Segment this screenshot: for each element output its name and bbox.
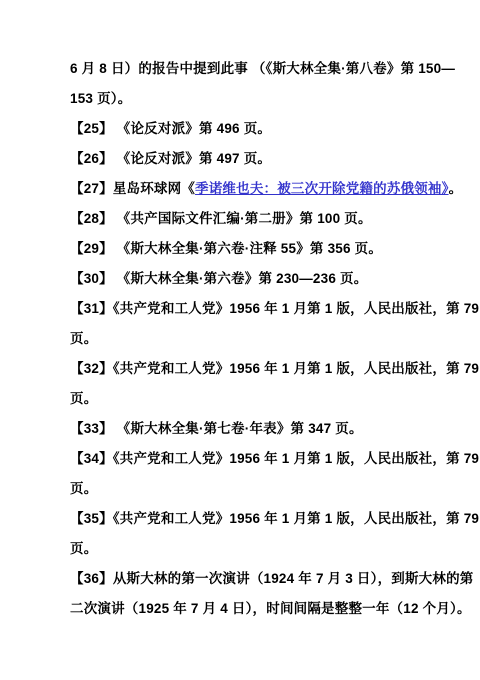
reference-27-prefix: 【27】星岛环球网《 [70,181,195,196]
paragraph-continuation: 6 月 8 日）的报告中提到此事 （《斯大林全集·第八卷》第 150— 153 … [70,54,416,114]
reference-31: 【31】《共产党和工人党》1956 年 1 月第 1 版，人民出版社，第 79 … [70,294,416,354]
document-page: 6 月 8 日）的报告中提到此事 （《斯大林全集·第八卷》第 150— 153 … [0,0,480,680]
reference-26: 【26】 《论反对派》第 497 页。 [70,144,416,174]
reference-29: 【29】 《斯大林全集·第六卷·注释 55》第 356 页。 [70,234,416,264]
reference-28: 【28】 《共产国际文件汇编·第二册》第 100 页。 [70,204,416,234]
reference-32: 【32】《共产党和工人党》1956 年 1 月第 1 版，人民出版社，第 79 … [70,354,416,414]
reference-25: 【25】 《论反对派》第 496 页。 [70,114,416,144]
reference-34: 【34】《共产党和工人党》1956 年 1 月第 1 版，人民出版社，第 79 … [70,444,416,504]
reference-36: 【36】从斯大林的第一次演讲（1924 年 7 月 3 日），到斯大林的第 二次… [70,564,416,624]
reference-27-hyperlink[interactable]: 季诺维也夫：被三次开除党籍的苏俄领袖》 [195,181,449,196]
reference-30: 【30】 《斯大林全集·第六卷》第 230—236 页。 [70,264,416,294]
reference-33: 【33】 《斯大林全集·第七卷·年表》第 347 页。 [70,414,416,444]
reference-27-suffix: 。 [449,181,463,196]
reference-27: 【27】星岛环球网《季诺维也夫：被三次开除党籍的苏俄领袖》。 [70,174,416,204]
reference-35: 【35】《共产党和工人党》1956 年 1 月第 1 版，人民出版社，第 79 … [70,504,416,564]
